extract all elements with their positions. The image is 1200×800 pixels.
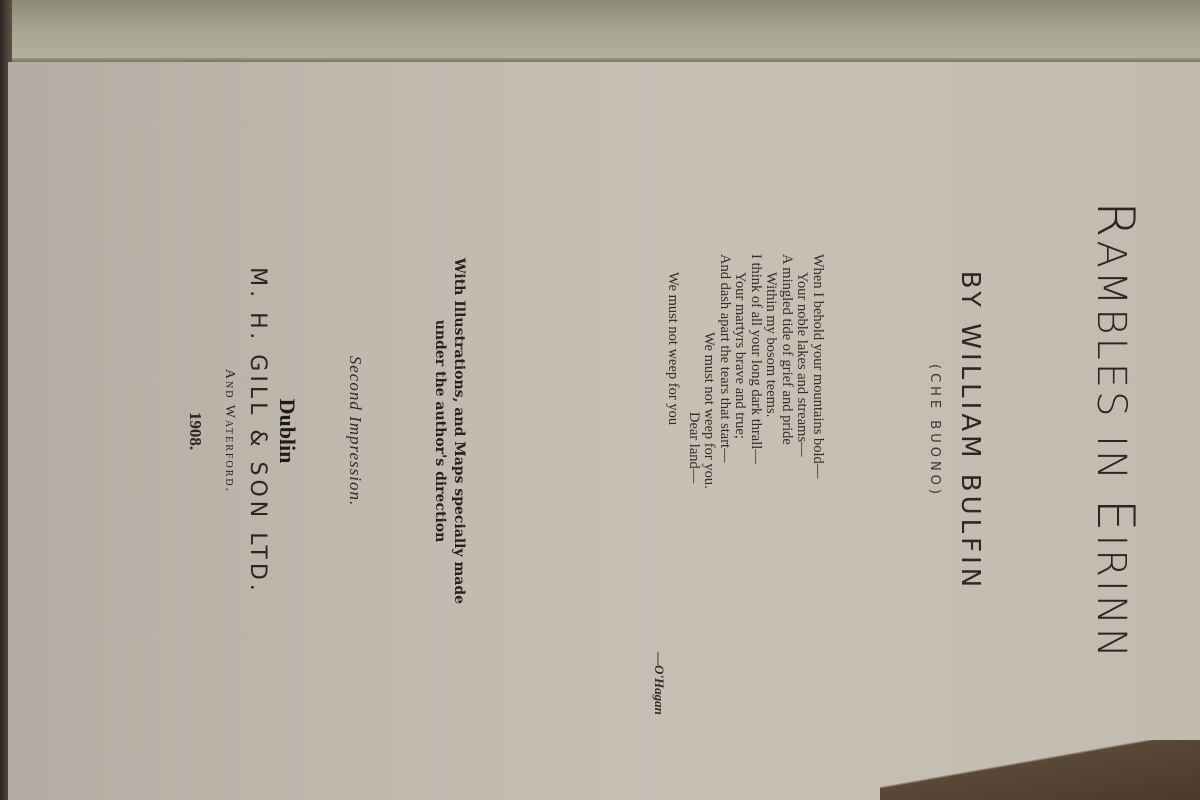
poem-line: I think of all your long dark thrall— (748, 254, 764, 464)
poem-line: Within my bosom teems. (763, 272, 779, 417)
illustrations-note: With Illustrations, and Maps specially m… (448, 62, 470, 800)
author-byline: BY WILLIAM BULFIN (955, 62, 985, 800)
poem-line: Your martyrs brave and true; (732, 272, 748, 439)
impression-note: Second Impression. (345, 62, 365, 800)
publisher-city: Dublin (274, 62, 300, 800)
title-page: RAMBLES IN EIRINN BY WILLIAM BULFIN (CHE… (8, 62, 1200, 800)
rotated-page-content: RAMBLES IN EIRINN BY WILLIAM BULFIN (CHE… (8, 62, 1200, 800)
book-title: RAMBLES IN EIRINN (1085, 62, 1145, 800)
poem-line: Dear land— (686, 412, 702, 483)
epigraph-attribution: —O'Hagan (652, 652, 668, 715)
poem-line: A mingled tide of grief and pride (779, 254, 795, 445)
publisher-name: M. H. GILL & SON LTD. (245, 62, 270, 800)
publisher-branch: And Waterford. (221, 62, 237, 800)
poem-line: We must not weep for you. (701, 332, 717, 489)
poem-line: And dash apart the tears that start— (717, 254, 733, 463)
poem-line: We must not weep for you (665, 272, 681, 425)
poem-line: When I behold your mountains bold— (810, 254, 826, 478)
illustrations-note-2: under the author's direction (432, 62, 448, 800)
author-pseudonym: (CHE BUONO) (927, 62, 942, 800)
facing-page-edge (0, 0, 1200, 62)
publication-year: 1908. (185, 62, 205, 800)
poem-line: Your noble lakes and streams— (794, 272, 810, 457)
